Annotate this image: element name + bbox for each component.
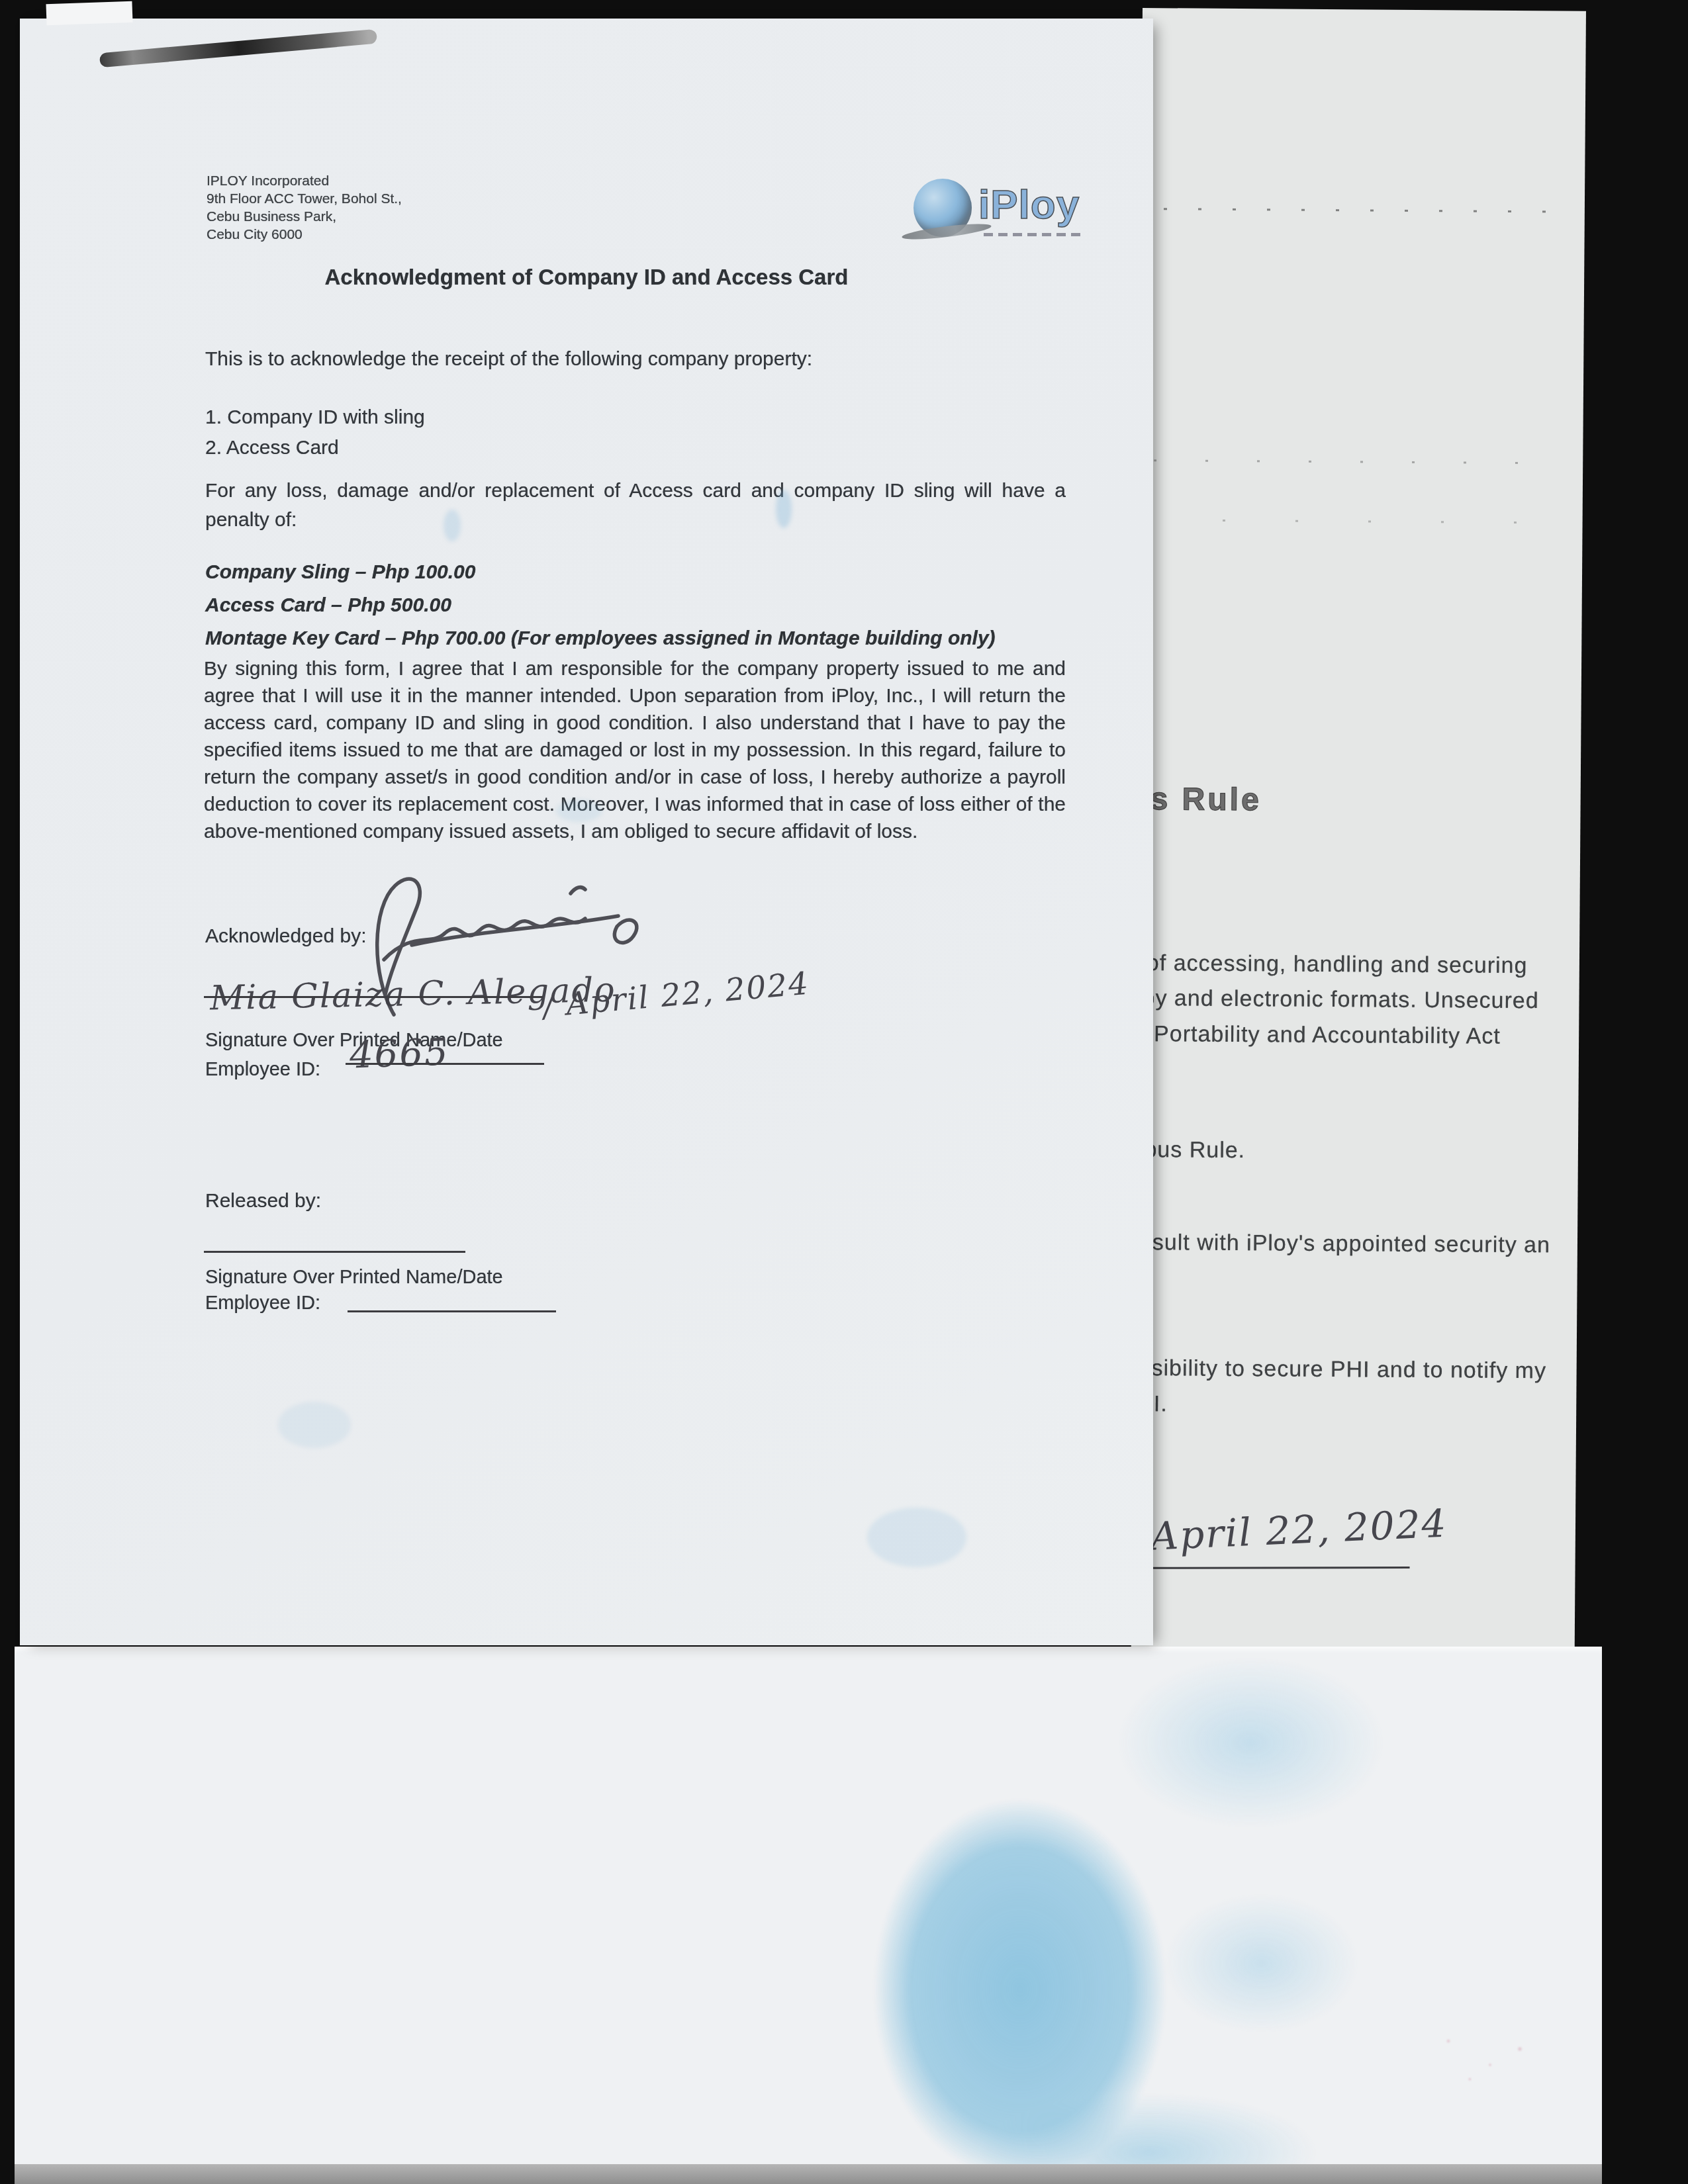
logo-brand-text: iPloy	[978, 181, 1080, 228]
employee-id-line	[346, 1063, 544, 1065]
underlying-page: s Rule of accessing, handling and securi…	[1131, 8, 1586, 1651]
logo-tagline-mark	[984, 233, 1083, 236]
page-text-fragment: of accessing, handling and securing	[1147, 950, 1528, 979]
ink-smudge	[444, 510, 461, 541]
company-address-block: IPLOY Incorporated 9th Floor ACC Tower, …	[207, 172, 485, 244]
ink-smudge	[776, 490, 792, 528]
released-by-label: Released by:	[205, 1190, 321, 1212]
penalty-intro-text: For any loss, damage and/or replacement …	[205, 477, 1066, 535]
globe-watermark	[854, 1659, 1390, 2184]
employee-id-label: Employee ID:	[205, 1059, 320, 1081]
faded-text-row	[1150, 519, 1534, 523]
list-item: 2. Access Card	[205, 433, 425, 463]
page-text-fragment: nsult with iPloy's appointed security an	[1139, 1230, 1550, 1258]
property-list: 1. Company ID with sling 2. Access Card	[205, 402, 425, 463]
ink-speckles	[1425, 2017, 1544, 2097]
penalty-item: Montage Key Card – Php 700.00 (For emplo…	[205, 622, 996, 655]
page-text-fragment: Portability and Accountability Act	[1154, 1021, 1501, 1050]
signature-line	[204, 1251, 465, 1253]
penalty-item: Access Card – Php 500.00	[205, 589, 996, 622]
intro-text: This is to acknowledge the receipt of th…	[205, 348, 812, 371]
sheet-bottom-edge	[15, 2164, 1602, 2184]
underlying-page-heading-fragment: s Rule	[1150, 781, 1261, 818]
employee-id-label: Employee ID:	[205, 1293, 320, 1314]
paper-corner-tab	[46, 1, 132, 26]
page-text-fragment: ibus Rule.	[1139, 1137, 1245, 1163]
acknowledgment-form-page: IPLOY Incorporated 9th Floor ACC Tower, …	[20, 19, 1153, 1645]
ink-smudge	[556, 799, 602, 822]
address-line: 9th Floor ACC Tower, Bohol St.,	[207, 190, 485, 208]
handwritten-signature	[331, 866, 688, 1021]
company-logo: iPloy	[887, 172, 1105, 251]
agreement-paragraph: By signing this form, I agree that I am …	[204, 655, 1066, 845]
address-line: IPLOY Incorporated	[207, 172, 485, 190]
ink-smudge	[278, 1402, 351, 1448]
page-text-fragment: nsibility to secure PHI and to notify my	[1139, 1355, 1547, 1384]
address-line: Cebu Business Park,	[207, 208, 485, 226]
faded-text-row	[1164, 208, 1561, 212]
handwritten-date: April 22, 2024	[1150, 1501, 1448, 1559]
faded-text-row	[1154, 459, 1544, 464]
handwritten-employee-id: 4665	[349, 1030, 450, 1077]
signature-line	[1132, 1567, 1410, 1569]
document-title: Acknowledgment of Company ID and Access …	[20, 265, 1153, 290]
ink-smudge	[867, 1508, 966, 1567]
signature-caption: Signature Over Printed Name/Date	[205, 1267, 503, 1289]
employee-id-line	[348, 1310, 556, 1312]
page-text-fragment: py and electronic formats. Unsecured	[1142, 985, 1538, 1014]
address-line: Cebu City 6000	[207, 226, 485, 244]
penalty-item: Company Sling – Php 100.00	[205, 556, 996, 589]
list-item: 1. Company ID with sling	[205, 402, 425, 433]
penalty-list: Company Sling – Php 100.00 Access Card –…	[205, 556, 996, 655]
bottom-sheet	[15, 1647, 1602, 2184]
